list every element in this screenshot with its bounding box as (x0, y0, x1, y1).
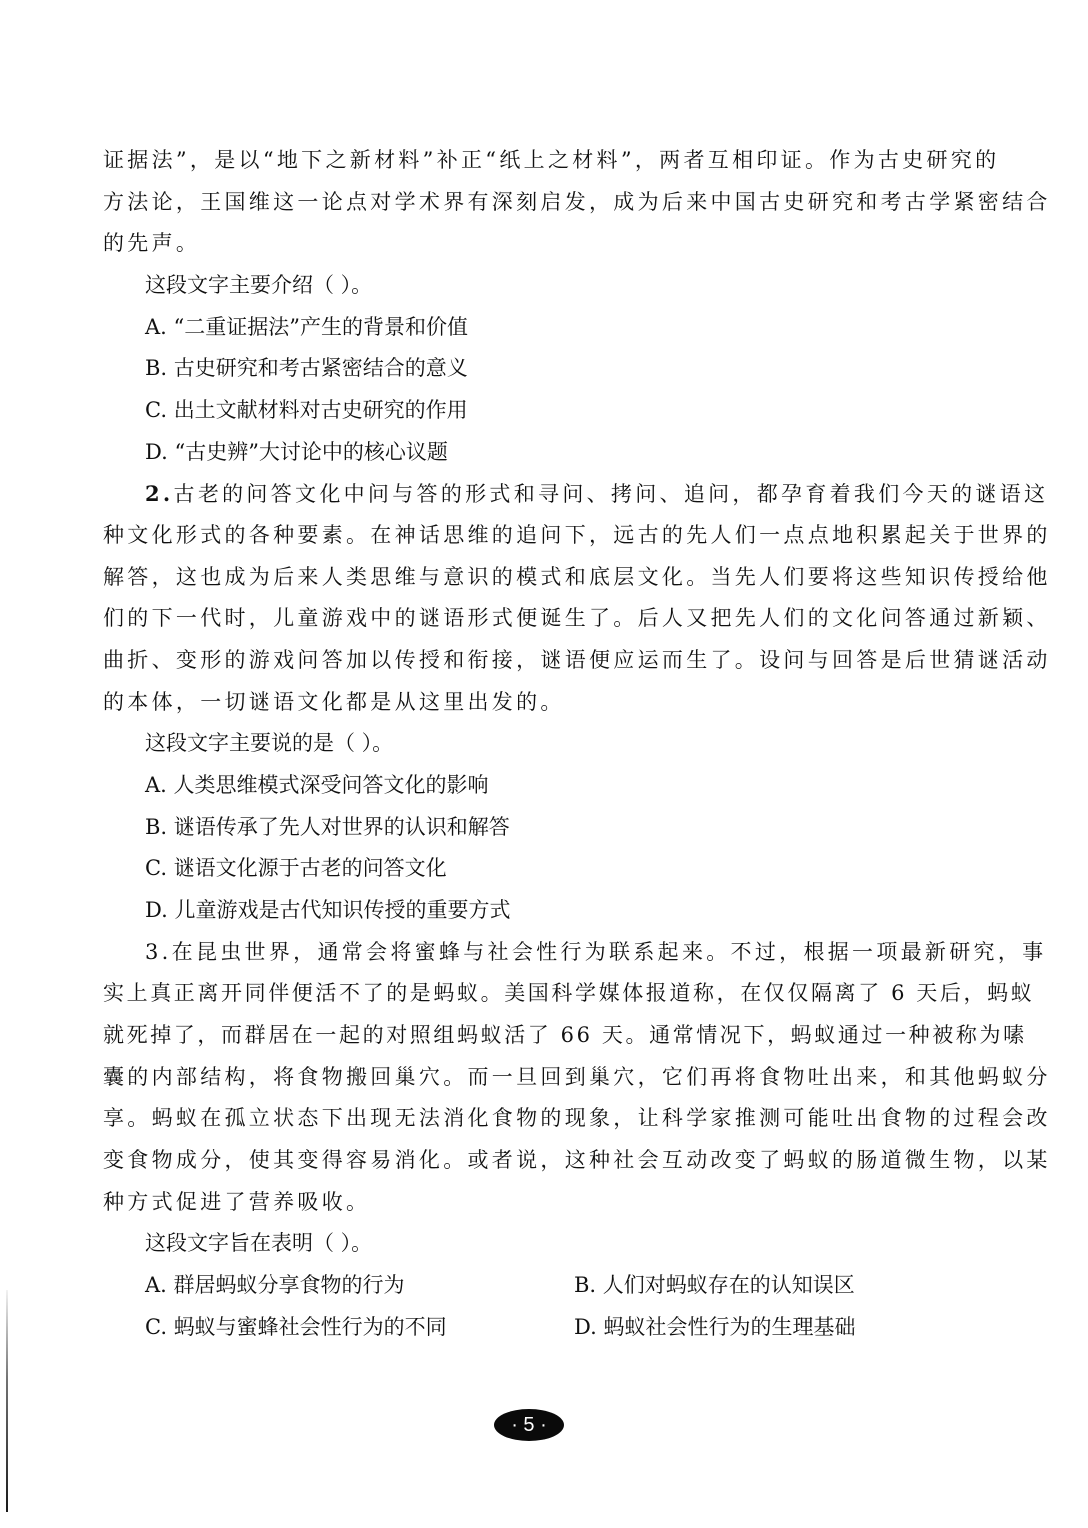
option-text: 蚂蚁社会性行为的生理基础 (603, 1315, 855, 1339)
passage1-line-2: 方法论，王国维这一论点对学术界有深刻启发，成为后来中国古史研究和考古学紧密结合 (103, 182, 956, 224)
question-number: 3. (145, 940, 172, 964)
passage3-options-row-1: A. 群居蚂蚁分享食物的行为 B. 人们对蚂蚁存在的认知误区 (103, 1265, 956, 1307)
option-text: 出土文献材料对古史研究的作用 (174, 398, 468, 422)
option-label: C. (145, 1315, 167, 1339)
option-label: C. (145, 856, 167, 880)
passage3-options-row-2: C. 蚂蚁与蜜蜂社会性行为的不同 D. 蚂蚁社会性行为的生理基础 (103, 1307, 956, 1349)
passage3-option-c[interactable]: C. 蚂蚁与蜜蜂社会性行为的不同 (103, 1307, 574, 1349)
page-number-badge: · 5 · (494, 1409, 564, 1441)
option-label: D. (145, 898, 168, 922)
option-label: B. (145, 356, 167, 380)
passage3-line-1: 3.在昆虫世界，通常会将蜜蜂与社会性行为联系起来。不过，根据一项最新研究，事 (103, 932, 956, 974)
passage3-line-7: 种方式促进了营养吸收。 (103, 1182, 956, 1224)
passage1-line-1: 证据法”，是以“地下之新材料”补正“纸上之材料”，两者互相印证。作为古史研究的 (103, 140, 956, 182)
passage3-option-a[interactable]: A. 群居蚂蚁分享食物的行为 (103, 1265, 574, 1307)
passage3-line-3: 就死掉了，而群居在一起的对照组蚂蚁活了 66 天。通常情况下，蚂蚁通过一种被称为… (103, 1015, 956, 1057)
option-text: “古史辨”大讨论中的核心议题 (174, 440, 447, 464)
question-number: 2. (145, 481, 174, 506)
scan-edge-artifact (6, 1290, 8, 1512)
passage3-line-4: 囊的内部结构，将食物搬回巢穴。而一旦回到巢穴，它们再将食物吐出来，和其他蚂蚁分 (103, 1057, 956, 1099)
passage3-text: 在昆虫世界，通常会将蜜蜂与社会性行为联系起来。不过，根据一项最新研究，事 (172, 940, 1047, 964)
option-text: 群居蚂蚁分享食物的行为 (174, 1273, 405, 1297)
passage1-option-b[interactable]: B. 古史研究和考古紧密结合的意义 (103, 348, 956, 390)
option-label: B. (574, 1273, 596, 1297)
option-label: D. (145, 440, 168, 464)
passage3-option-b[interactable]: B. 人们对蚂蚁存在的认知误区 (574, 1265, 855, 1307)
passage1-question: 这段文字主要介绍（ ）。 (103, 265, 956, 307)
document-page: 证据法”，是以“地下之新材料”补正“纸上之材料”，两者互相印证。作为古史研究的 … (0, 0, 1088, 1528)
option-text: 人类思维模式深受问答文化的影响 (174, 773, 489, 797)
option-label: A. (145, 1273, 167, 1297)
passage2-line-3: 解答，这也成为后来人类思维与意识的模式和底层文化。当先人们要将这些知识传授给他 (103, 557, 956, 599)
passage2-option-b[interactable]: B. 谜语传承了先人对世界的认识和解答 (103, 807, 956, 849)
passage3-option-d[interactable]: D. 蚂蚁社会性行为的生理基础 (574, 1307, 855, 1349)
option-text: 古史研究和考古紧密结合的意义 (174, 356, 468, 380)
passage2-question: 这段文字主要说的是（ ）。 (103, 723, 956, 765)
option-text: 蚂蚁与蜜蜂社会性行为的不同 (174, 1315, 447, 1339)
passage1-option-a[interactable]: A. “二重证据法”产生的背景和价值 (103, 307, 956, 349)
passage3-line-2: 实上真正离开同伴便活不了的是蚂蚁。美国科学媒体报道称，在仅仅隔离了 6 天后，蚂… (103, 973, 956, 1015)
option-text: “二重证据法”产生的背景和价值 (174, 315, 468, 339)
passage2-option-d[interactable]: D. 儿童游戏是古代知识传授的重要方式 (103, 890, 956, 932)
option-text: 儿童游戏是古代知识传授的重要方式 (174, 898, 510, 922)
option-label: B. (145, 815, 167, 839)
option-label: A. (145, 773, 167, 797)
option-label: A. (145, 315, 167, 339)
passage3-line-5: 享。蚂蚁在孤立状态下出现无法消化食物的现象，让科学家推测可能吐出食物的过程会改 (103, 1098, 956, 1140)
passage2-line-1: 2.古老的问答文化中问与答的形式和寻问、拷问、追问，都孕育着我们今天的谜语这 (103, 473, 956, 515)
page-content: 证据法”，是以“地下之新材料”补正“纸上之材料”，两者互相印证。作为古史研究的 … (103, 140, 956, 1348)
passage2-line-6: 的本体，一切谜语文化都是从这里出发的。 (103, 682, 956, 724)
passage1-option-d[interactable]: D. “古史辨”大讨论中的核心议题 (103, 432, 956, 474)
passage3-line-6: 变食物成分，使其变得容易消化。或者说，这种社会互动改变了蚂蚁的肠道微生物，以某 (103, 1140, 956, 1182)
option-label: D. (574, 1315, 597, 1339)
option-text: 人们对蚂蚁存在的认知误区 (603, 1273, 855, 1297)
passage2-option-c[interactable]: C. 谜语文化源于古老的问答文化 (103, 848, 956, 890)
passage2-line-4: 们的下一代时，儿童游戏中的谜语形式便诞生了。后人又把先人们的文化问答通过新颖、 (103, 598, 956, 640)
passage2-line-2: 种文化形式的各种要素。在神话思维的追问下，远古的先人们一点点地积累起关于世界的 (103, 515, 956, 557)
option-text: 谜语传承了先人对世界的认识和解答 (174, 815, 510, 839)
option-text: 谜语文化源于古老的问答文化 (174, 856, 447, 880)
passage1-option-c[interactable]: C. 出土文献材料对古史研究的作用 (103, 390, 956, 432)
passage3-question: 这段文字旨在表明（ ）。 (103, 1223, 956, 1265)
passage2-line-5: 曲折、变形的游戏问答加以传授和衔接，谜语便应运而生了。设问与回答是后世猜谜活动 (103, 640, 956, 682)
option-label: C. (145, 398, 167, 422)
passage2-text: 古老的问答文化中问与答的形式和寻问、拷问、追问，都孕育着我们今天的谜语这 (174, 482, 1049, 506)
passage1-line-3: 的先声。 (103, 223, 956, 265)
passage2-option-a[interactable]: A. 人类思维模式深受问答文化的影响 (103, 765, 956, 807)
